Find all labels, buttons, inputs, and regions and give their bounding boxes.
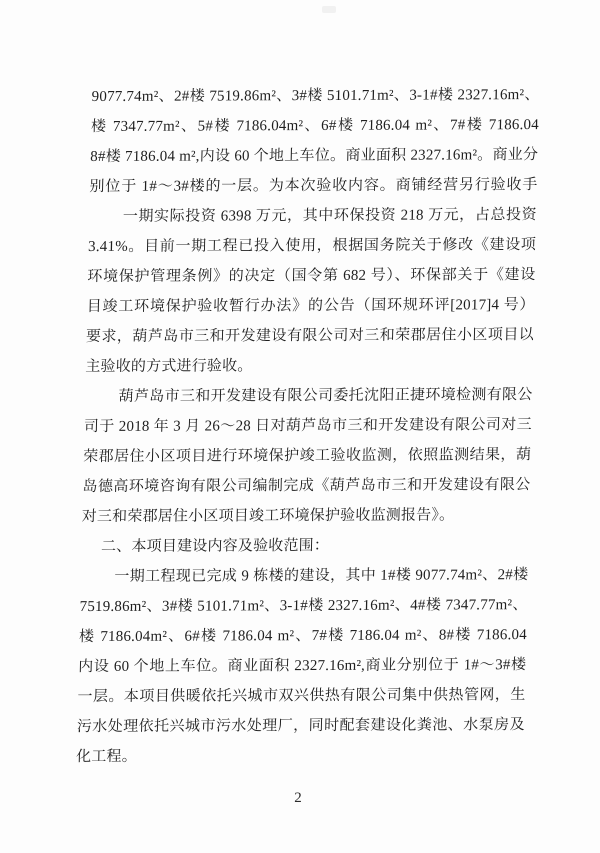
paragraph-end-line: 主验收的方式进行验收。 <box>85 350 534 382</box>
paragraph-start-line: 葫芦岛市三和开发建设有限公司委托沈阳正捷环境检测有限公 <box>84 380 533 412</box>
document-page: 9077.74m²、2#楼 7519.86m²、3#楼 5101.71m²、3-… <box>0 0 600 853</box>
text-line: 污水处理依托兴城市污水处理厂，同时配套建设化粪池、水泵房及绿 <box>76 710 525 742</box>
paragraph-end-line: 对三和荣郡居住小区项目竣工环境保护验收监测报告》。 <box>81 500 530 532</box>
text-line: 司于 2018 年 3 月 26～28 日对葫芦岛市三和开发建设有限公司对三和 <box>84 410 533 442</box>
paragraph-start-line: 一期工程现已完成 9 栋楼的建设，其中 1#楼 9077.74m²、2#楼 <box>80 560 529 592</box>
text-line: 一层。本项目供暖依托兴城市双兴供热有限公司集中供热管网，生活 <box>77 680 526 712</box>
text-line: 荣郡居住小区项目进行环境保护竣工验收监测，依照监测结果，葫芦 <box>83 440 532 472</box>
text-line: 9077.74m²、2#楼 7519.86m²、3#楼 5101.71m²、3-… <box>91 80 540 112</box>
page-number: 2 <box>0 783 596 813</box>
text-line: 3.41%。目前一期工程已投入使用，根据国务院关于修改《建设项目 <box>88 230 537 262</box>
section-heading: 二、本项目建设内容及验收范围： <box>81 530 530 562</box>
text-line: 内设 60 个地上车位。商业面积 2327.16m²,商业分别位于 1#～3#楼… <box>78 650 527 682</box>
text-line: 目竣工环境保护验收暂行办法》的公告（国环规环评[2017]4 号）的 <box>86 290 535 322</box>
paragraph-end-line: 化工程。 <box>76 740 525 772</box>
paragraph-start-line: 一期实际投资 6398 万元，其中环保投资 218 万元，占总投资的 <box>88 200 537 232</box>
text-line: 环境保护管理条例》的决定（国令第 682 号）、环保部关于《建设项 <box>87 260 536 292</box>
text-line: 楼 7186.04m²、6#楼 7186.04 m²、7#楼 7186.04 m… <box>79 620 528 652</box>
text-line: 楼 7347.77m²、5#楼 7186.04m²、6#楼 7186.04 m²… <box>91 110 540 142</box>
text-line: 别位于 1#～3#楼的一层。为本次验收内容。商铺经营另行验收手续。 <box>89 170 538 202</box>
text-line: 7519.86m²、3#楼 5101.71m²、3-1#楼 2327.16m²、… <box>79 590 528 622</box>
text-line: 岛德高环境咨询有限公司编制完成《葫芦岛市三和开发建设有限公司 <box>82 470 531 502</box>
scan-artifact <box>322 6 336 13</box>
text-line: 要求，葫芦岛市三和开发建设有限公司对三和荣郡居住小区项目以自 <box>86 320 535 352</box>
text-line: 8#楼 7186.04 m²,内设 60 个地上车位。商业面积 2327.16m… <box>90 140 539 172</box>
document-text-block: 9077.74m²、2#楼 7519.86m²、3#楼 5101.71m²、3-… <box>76 80 540 772</box>
